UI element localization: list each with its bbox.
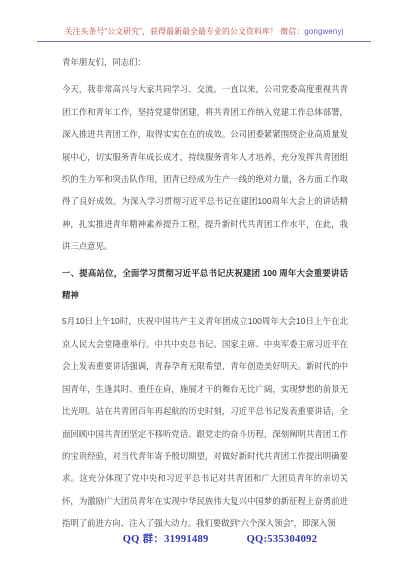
body-paragraph-2: 5月10日上午10时，庆祝中国共产主义青年团成立100周年大会10日上午在北京人… [62,310,348,534]
salutation: 青年朋友们，同志们： [62,51,348,73]
contact-footer: QQ 群：31991489QQ:535304092 [32,531,408,546]
document-body: 青年朋友们，同志们： 今天，我非常高兴与大家共同学习、交流。一直以来，公司党委高… [62,51,348,539]
body-paragraph-1: 今天，我非常高兴与大家共同学习、交流。一直以来，公司党委高度重视共青团工作和青年… [62,78,348,257]
qq-personal-number: QQ:535304092 [247,534,318,545]
wechat-id-link[interactable]: gongwenyj [304,27,343,36]
section-heading-1: 一、提高站位，全面学习贯彻习近平总书记庆祝建团 100 周年大会重要讲话精神 [62,262,348,307]
promo-header-text: 关注头条号“公文研究”，获得最新最全最专业的公文资料库！ [65,27,279,36]
wechat-label: 微信： [278,27,304,36]
qq-group-number: QQ 群：31991489 [123,534,209,545]
promo-header: 关注头条号“公文研究”，获得最新最全最专业的公文资料库！ 微信：gongweny… [37,26,371,42]
